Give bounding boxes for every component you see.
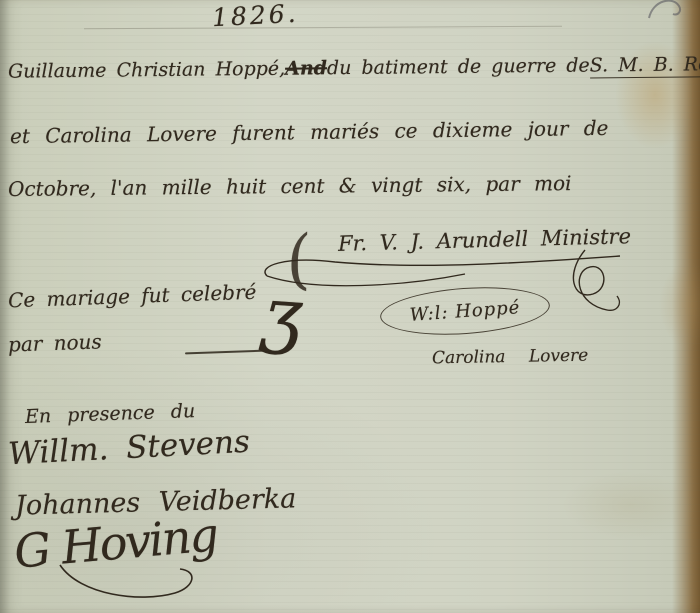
ship-name: S. M. B. Revenge — [590, 53, 700, 79]
struck-word: And — [285, 57, 327, 81]
pencil-mark — [645, 0, 690, 24]
ship-phrase: du batiment de guerre de — [327, 55, 590, 82]
pencil-rule — [84, 26, 562, 30]
bride-signature: Carolina Lovere — [432, 346, 589, 369]
year-heading: 1826. — [211, 0, 299, 32]
body-line-1: Guillaume Christian Hoppé, And du batime… — [8, 53, 696, 84]
celebration-line-2: par nous — [8, 329, 102, 356]
dash-line — [185, 350, 265, 355]
body-line-2: et Carolina Lovere furent mariés ce dixi… — [10, 116, 609, 148]
groom-name: Guillaume Christian Hoppé, — [8, 58, 285, 85]
manuscript-page: 1826. Guillaume Christian Hoppé, And du … — [0, 0, 700, 613]
witness-signature-1: Willm. Stevens — [7, 424, 251, 473]
witness-intro: En presence du — [25, 400, 196, 428]
groom-signature: W:l: Hoppé — [409, 297, 521, 326]
bottom-signature-flourish — [50, 555, 230, 610]
body-line-3: Octobre, l'an mille huit cent & vingt si… — [8, 171, 572, 201]
celebration-line-1: Ce mariage fut celebré — [8, 280, 257, 313]
brace-flourish: ʒ — [260, 277, 306, 352]
